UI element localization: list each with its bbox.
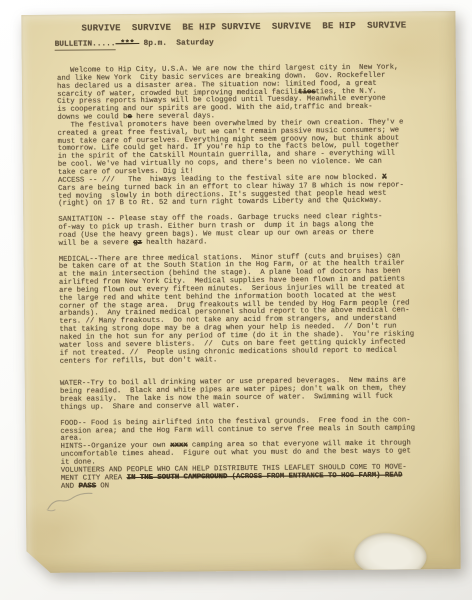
bulletin-day: Saturday (167, 39, 214, 47)
document-body: Welcome to Hip City, U.S.A. We are now t… (57, 64, 446, 491)
pencil-scribble (44, 482, 96, 516)
doc-title: SURVIVE SURVIVE BE HIP SURVIVE SURVIVE B… (81, 20, 406, 33)
leaflet-paper: SURVIVE SURVIVE BE HIP SURVIVE SURVIVE B… (21, 11, 460, 573)
photo-background: SURVIVE SURVIVE BE HIP SURVIVE SURVIVE B… (0, 0, 472, 600)
bulletin-time: 8p.m. (139, 40, 167, 48)
bulletin-label: BULLETIN..... (55, 40, 116, 50)
paragraph-medical: MEDICAL--There are three medical station… (59, 253, 445, 367)
paragraph-volunteers: VOLUNTEERS AND PEOPLE WHO CAN HELP DISTR… (61, 464, 446, 491)
paragraph-promoters: The festival promoters have been overwhe… (57, 119, 443, 178)
bulletin-line: BULLETIN..... *** 8p.m. Saturday (55, 39, 214, 49)
paragraph-sanitation: SANITATION -- Please stay off the roads.… (58, 213, 443, 248)
paragraph-access: ACCESS -- /// The hiways leading to the … (58, 174, 443, 209)
bulletin-stars: *** (115, 40, 138, 48)
paragraph-intro: Welcome to Hip City, U.S.A. We are now t… (57, 64, 443, 123)
paragraph-water: WATER--Try to boil all drinking water or… (60, 377, 445, 412)
